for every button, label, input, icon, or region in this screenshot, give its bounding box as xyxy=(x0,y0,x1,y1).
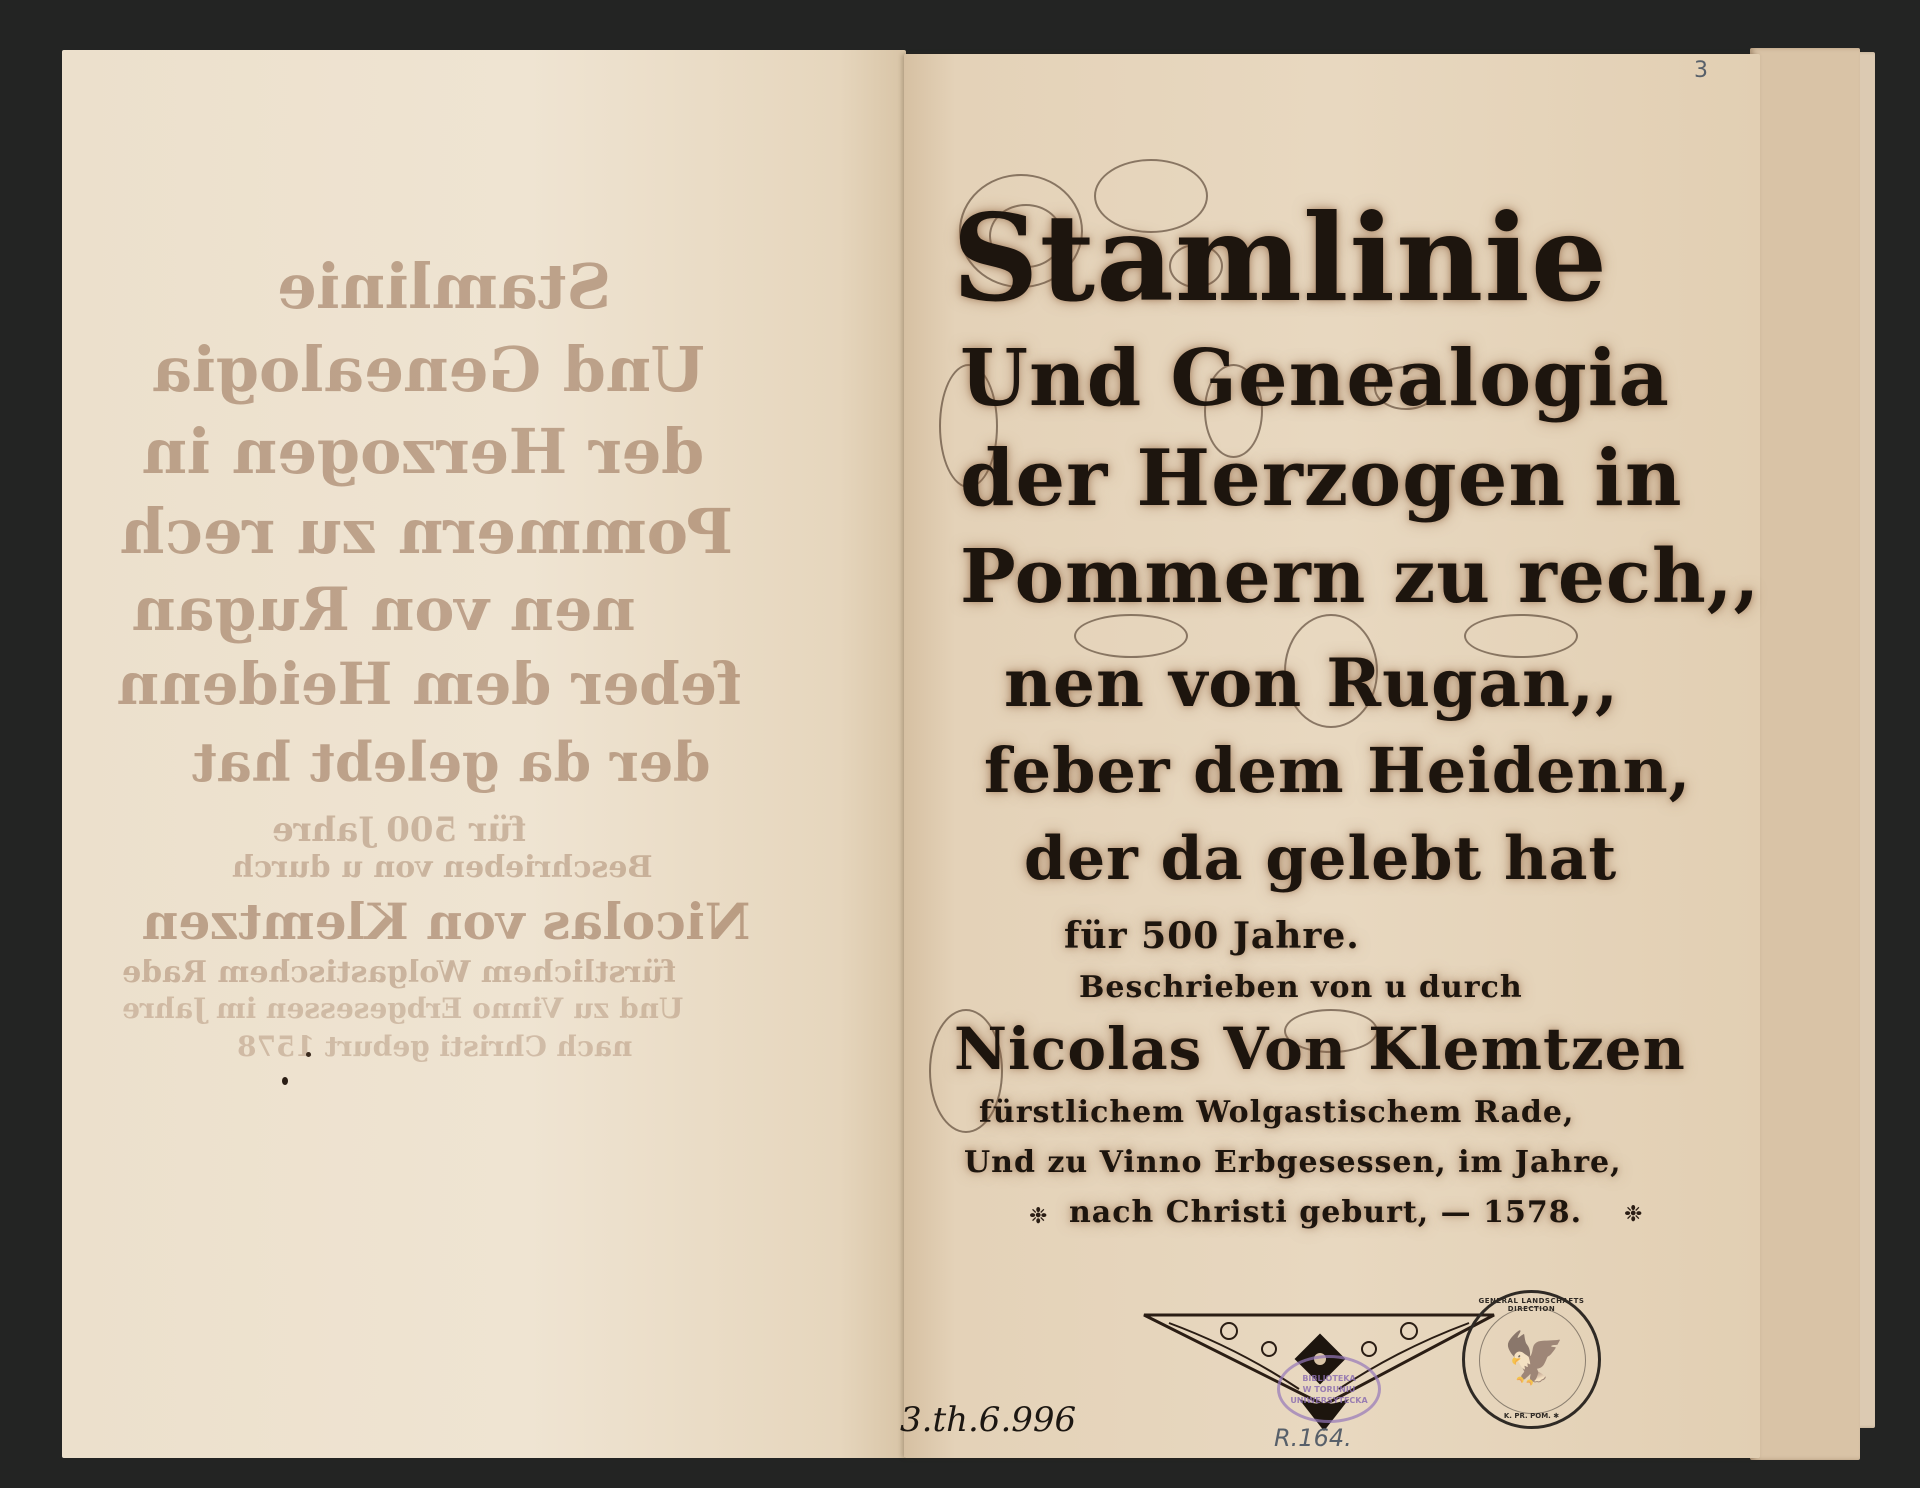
bleed-line: feber dem Heidenn xyxy=(117,650,742,718)
title-line-4: Pommern zu rech,, xyxy=(960,534,1760,620)
title-line-3: der Herzogen in xyxy=(960,434,1683,524)
bleed-line: nen von Rugan xyxy=(132,575,636,645)
bleed-line: Beschrieben von u durch xyxy=(232,850,653,885)
title-line-10: Nicolas Von Klemtzen xyxy=(954,1014,1686,1084)
library-stamp-line: BIBLIOTEKA xyxy=(1280,1373,1378,1384)
title-line-7: der da gelebt hat xyxy=(1024,824,1617,894)
bleed-line: Und zu Vinno Erbgesessen im Jahre xyxy=(122,992,684,1025)
ink-spot xyxy=(306,1052,311,1057)
rosette-icon: ❉ xyxy=(1624,1202,1642,1227)
seal-top-text: GENERAL LANDSCHAFTS DIRECTION xyxy=(1465,1297,1598,1313)
bleed-line: für 500 Jahre xyxy=(272,810,526,850)
title-line-13: nach Christi geburt, — 1578. xyxy=(1069,1194,1582,1232)
title-line-11: fürstlichem Wolgastischem Rade, xyxy=(979,1094,1574,1132)
bleed-line: nach Christi geburt 1578 xyxy=(237,1030,632,1063)
bleed-line: Stamlinie xyxy=(277,250,611,323)
bleed-line: Und Genealogia xyxy=(152,333,705,406)
library-stamp-line: UNIWERSYTECKA xyxy=(1280,1395,1378,1406)
seal-bottom-text: K. PR. POM. ✱ xyxy=(1465,1412,1598,1420)
title-line-6: feber dem Heidenn, xyxy=(984,734,1691,808)
shelf-mark: 3.th.6.996 xyxy=(900,1400,1076,1440)
library-stamp-line: W TORUNIU xyxy=(1280,1384,1378,1395)
bleed-line: der Herzogen in xyxy=(142,415,704,488)
left-page: Stamlinie Und Genealogia der Herzogen in… xyxy=(62,50,906,1458)
title-line-1: Stamlinie xyxy=(952,194,1608,324)
back-leaf-inner xyxy=(1750,48,1860,1460)
right-page: 3 Stamlinie Und Genealogia der Herzogen … xyxy=(904,54,1760,1458)
eagle-icon: 🦅 xyxy=(1503,1329,1561,1387)
library-stamp: BIBLIOTEKA W TORUNIU UNIWERSYTECKA xyxy=(1277,1355,1381,1423)
pencil-signature: R.164. xyxy=(1274,1424,1352,1452)
title-line-9: Beschrieben von u durch xyxy=(1079,969,1523,1007)
bleed-line: der da gelebt hat xyxy=(192,730,711,794)
title-line-12: Und zu Vinno Erbgesessen, im Jahre, xyxy=(964,1144,1622,1182)
folio-number: 3 xyxy=(1694,58,1708,83)
ink-spot xyxy=(282,1077,288,1085)
bleed-line: Pommern zu rech xyxy=(120,495,733,568)
bleed-line: fürstlichem Wolgastischem Rade xyxy=(122,955,676,990)
rosette-icon: ❉ xyxy=(1029,1204,1047,1229)
title-line-8: für 500 Jahre. xyxy=(1064,914,1360,958)
title-line-2: Und Genealogia xyxy=(960,334,1670,424)
title-line-5: nen von Rugan,, xyxy=(1004,644,1619,722)
bleed-line: Nicolas von Klemtzen xyxy=(142,892,750,951)
seal-stamp: 🦅 GENERAL LANDSCHAFTS DIRECTION K. PR. P… xyxy=(1462,1290,1601,1429)
